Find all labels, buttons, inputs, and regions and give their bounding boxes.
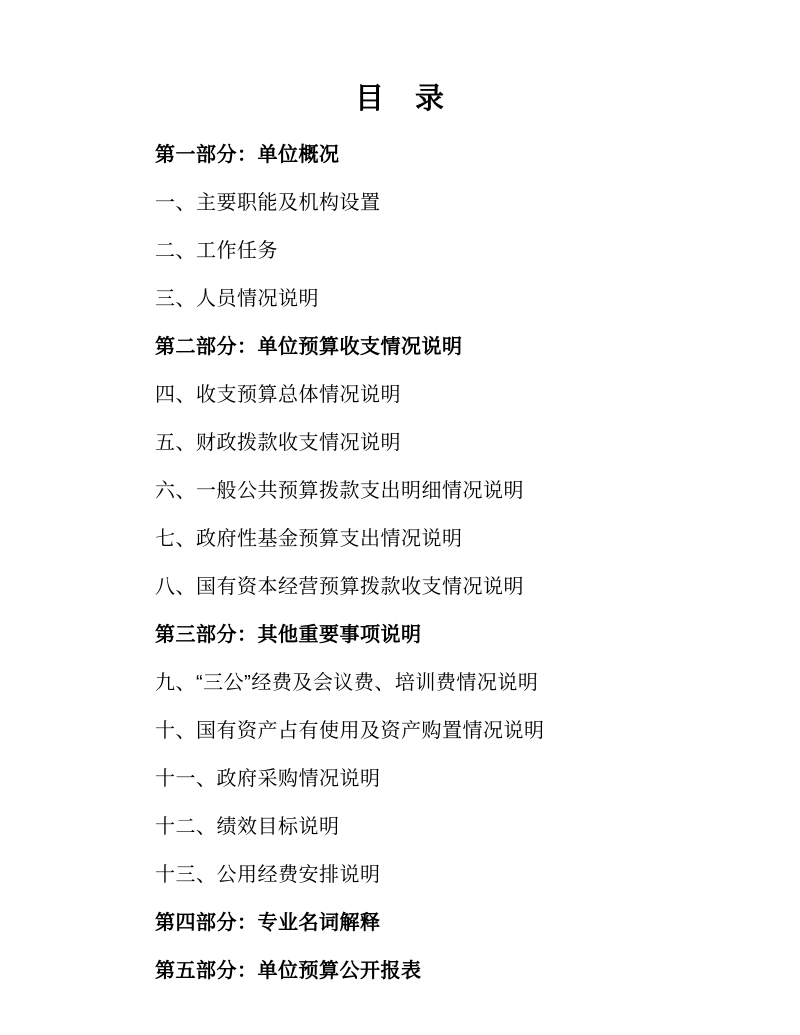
- toc-entry: 第二部分：单位预算收支情况说明: [155, 323, 740, 371]
- toc-entry-label: 第二部分：单位预算收支情况说明: [155, 336, 463, 358]
- toc-entry-label: 第三部分：其他重要事项说明: [155, 624, 422, 646]
- toc-entry: 十、国有资产占有使用及资产购置情况说明: [155, 707, 740, 755]
- toc-entry-label: 第一部分：单位概况: [155, 144, 340, 166]
- toc-entry: 第三部分：其他重要事项说明: [155, 611, 740, 659]
- toc-entry-label: 十一、政府采购情况说明: [155, 768, 381, 790]
- toc-entry: 八、国有资本经营预算拨款收支情况说明: [155, 563, 740, 611]
- toc-entry: 第四部分：专业名词解释: [155, 899, 740, 947]
- toc-entry: 七、政府性基金预算支出情况说明: [155, 515, 740, 563]
- toc-entry-label: 三、人员情况说明: [155, 288, 319, 310]
- toc-entry: 十一、政府采购情况说明: [155, 755, 740, 803]
- toc-entry-label: 十、国有资产占有使用及资产购置情况说明: [155, 720, 545, 742]
- toc-entry-label: 十三、公用经费安排说明: [155, 864, 381, 886]
- toc-entry: 十三、公用经费安排说明: [155, 851, 740, 899]
- toc-entry-label: 九、“三公”经费及会议费、培训费情况说明: [155, 672, 538, 694]
- toc-entry-label: 八、国有资本经营预算拨款收支情况说明: [155, 576, 524, 598]
- toc-list: 第一部分：单位概况 一、主要职能及机构设置 二、工作任务 三、人员情况说明 第二…: [155, 131, 740, 995]
- toc-entry-label: 七、政府性基金预算支出情况说明: [155, 528, 463, 550]
- toc-entry-label: 五、财政拨款收支情况说明: [155, 432, 401, 454]
- toc-entry: 一、主要职能及机构设置: [155, 179, 740, 227]
- document-page: 目 录 第一部分：单位概况 一、主要职能及机构设置 二、工作任务 三、人员情况说…: [0, 0, 800, 1035]
- toc-entry: 第一部分：单位概况: [155, 131, 740, 179]
- toc-entry-label: 二、工作任务: [155, 240, 278, 262]
- page-title: 目 录: [0, 76, 800, 117]
- toc-entry: 九、“三公”经费及会议费、培训费情况说明: [155, 659, 740, 707]
- toc-entry: 五、财政拨款收支情况说明: [155, 419, 740, 467]
- toc-entry-label: 六、一般公共预算拨款支出明细情况说明: [155, 480, 524, 502]
- toc-entry-label: 第五部分：单位预算公开报表: [155, 960, 422, 982]
- toc-entry-label: 十二、绩效目标说明: [155, 816, 340, 838]
- toc-entry: 三、人员情况说明: [155, 275, 740, 323]
- toc-entry-label: 第四部分：专业名词解释: [155, 912, 381, 934]
- toc-entry: 十二、绩效目标说明: [155, 803, 740, 851]
- toc-entry-label: 四、收支预算总体情况说明: [155, 384, 401, 406]
- toc-entry: 四、收支预算总体情况说明: [155, 371, 740, 419]
- toc-entry: 第五部分：单位预算公开报表: [155, 947, 740, 995]
- toc-entry: 二、工作任务: [155, 227, 740, 275]
- toc-entry-label: 一、主要职能及机构设置: [155, 192, 381, 214]
- toc-entry: 六、一般公共预算拨款支出明细情况说明: [155, 467, 740, 515]
